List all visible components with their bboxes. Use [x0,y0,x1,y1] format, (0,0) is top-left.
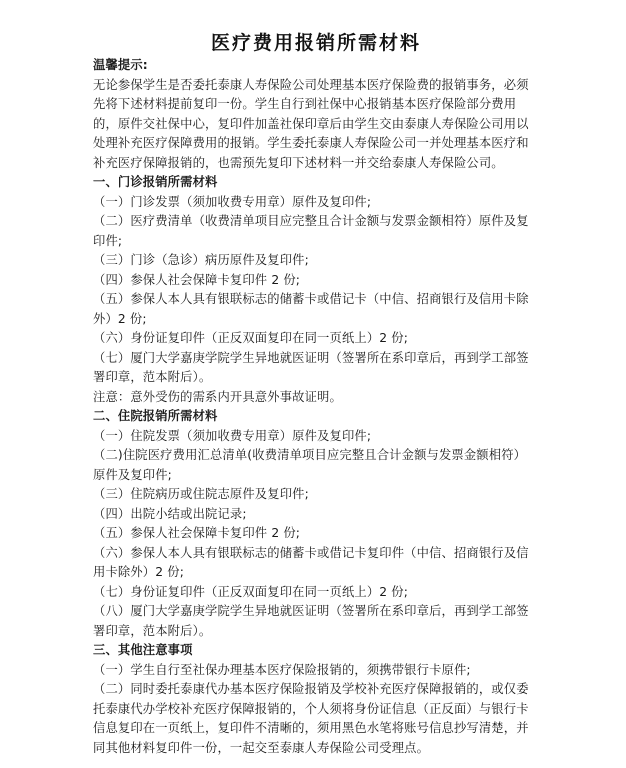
list-item: （二）同时委托泰康代办基本医疗保险报销及学校补充医疗保障报销的，或仅委 [93,680,539,700]
list-item: 信息复印在一页纸上，复印件不清晰的，须用黑色水笔将账号信息抄写清楚，并 [93,719,539,739]
list-item: （二）医疗费清单（收费清单项目应完整且合计金额与发票金额相符）原件及复 [93,212,539,232]
note: 注意：意外受伤的需系内开具意外事故证明。 [93,388,539,408]
list-item: （一）门诊发票（须加收费专用章）原件及复印件; [93,193,539,213]
list-item: 印件; [93,232,539,252]
list-item: 托泰康代办学校补充医疗保障报销的，个人须将身份证信息（正反面）与银行卡 [93,700,539,720]
list-item: 同其他材料复印件一份，一起交至泰康人寿保险公司受理点。 [93,739,539,759]
notice-line: 先将下述材料提前复印一份。学生自行到社保中心报销基本医疗保险部分费用 [93,95,539,115]
notice-paragraph: 无论参保学生是否委托泰康人寿保险公司处理基本医疗保险费的报销事务，必须 先将下述… [93,76,539,174]
list-item: （五）参保人本人具有银联标志的储蓄卡或借记卡（中信、招商银行及信用卡除 [93,290,539,310]
list-item: 用卡除外）2 份; [93,563,539,583]
notice-line: 处理补充医疗保障费用的报销。学生委托泰康人寿保险公司一并处理基本医疗和 [93,134,539,154]
list-item: （三）门诊（急诊）病历原件及复印件; [93,251,539,271]
section-heading: 一、门诊报销所需材料 [93,173,539,193]
section-inpatient: 二、住院报销所需材料 （一）住院发票（须加收费专用章）原件及复印件; （二)住院… [93,407,539,641]
list-item: 署印章，范本附后）。 [93,368,539,388]
list-item: （四）参保人社会保障卡复印件 2 份; [93,271,539,291]
list-item: （七）厦门大学嘉庚学院学生异地就医证明（签署所在系印章后，再到学工部签 [93,349,539,369]
section-heading: 二、住院报销所需材料 [93,407,539,427]
list-item: （一）住院发票（须加收费专用章）原件及复印件; [93,427,539,447]
list-item: （三）住院病历或住院志原件及复印件; [93,485,539,505]
notice-line: 补充医疗保障报销的，也需预先复印下述材料一并交给泰康人寿保险公司。 [93,154,539,174]
list-item: 署印章，范本附后）。 [93,622,539,642]
list-item: （四）出院小结或出院记录; [93,505,539,525]
list-item: 原件及复印件; [93,466,539,486]
list-item: （六）身份证复印件（正反双面复印在同一页纸上）2 份; [93,329,539,349]
list-item: 外）2 份; [93,310,539,330]
document-title: 医疗费用报销所需材料 [93,28,539,55]
notice-heading: 温馨提示: [93,56,539,76]
list-item: （二)住院医疗费用汇总清单(收费清单项目应完整且合计金额与发票金额相符） [93,446,539,466]
section-outpatient: 一、门诊报销所需材料 （一）门诊发票（须加收费专用章）原件及复印件; （二）医疗… [93,173,539,407]
list-item: （八）厦门大学嘉庚学院学生异地就医证明（签署所在系印章后，再到学工部签 [93,602,539,622]
list-item: （五）参保人社会保障卡复印件 2 份; [93,524,539,544]
list-item: （六）参保人本人具有银联标志的储蓄卡或借记卡复印件（中信、招商银行及信 [93,544,539,564]
list-item: （一）学生自行至社保办理基本医疗保险报销的，须携带银行卡原件; [93,661,539,681]
notice-line: 无论参保学生是否委托泰康人寿保险公司处理基本医疗保险费的报销事务，必须 [93,76,539,96]
notice-line: 的，原件交社保中心，复印件加盖社保印章后由学生交由泰康人寿保险公司用以 [93,115,539,135]
section-heading: 三、其他注意事项 [93,641,539,661]
list-item: （七）身份证复印件（正反双面复印在同一页纸上）2 份; [93,583,539,603]
section-other-notes: 三、其他注意事项 （一）学生自行至社保办理基本医疗保险报销的，须携带银行卡原件;… [93,641,539,758]
document-body: 温馨提示: 无论参保学生是否委托泰康人寿保险公司处理基本医疗保险费的报销事务，必… [93,56,539,758]
